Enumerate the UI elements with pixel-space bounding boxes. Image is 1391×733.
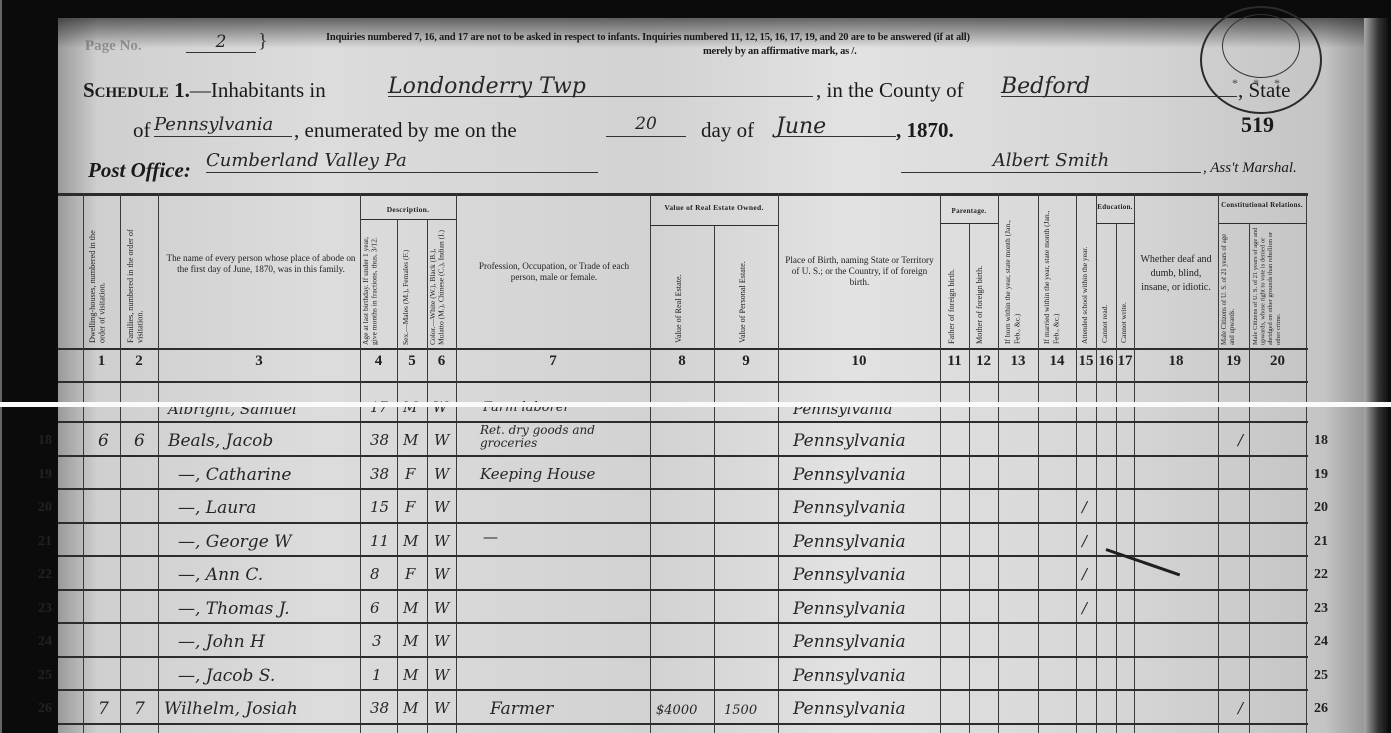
header-col7: Profession, Occupation, or Trade of each… (470, 261, 638, 283)
marshal-signature: Albert Smith (901, 150, 1201, 173)
row21-age: 11 (370, 532, 389, 550)
line-number-right: 25 (1314, 668, 1328, 684)
row-rule (58, 656, 1308, 658)
col-number: 16 (1096, 353, 1116, 370)
header-col5: Sex.—Males (M.), Females (F.) (401, 225, 425, 345)
header-col18: Whether deaf and dumb, blind, insane, or… (1138, 253, 1214, 295)
row19-sex: F (405, 465, 415, 483)
header-col6: Color.—White (W.), Black (B.), Mulatto (… (429, 225, 455, 345)
line-number-left: 18 (38, 433, 52, 449)
line-number-left: 19 (38, 467, 52, 483)
row19-occupation: Keeping House (480, 465, 595, 483)
row26-birthplace: Pennsylvania (793, 699, 906, 719)
row24-color: W (434, 632, 449, 650)
row25-birthplace: Pennsylvania (793, 666, 906, 686)
row20-sex: F (405, 498, 415, 516)
header-bottom-rule (58, 348, 1308, 350)
col-number: 12 (969, 353, 998, 370)
day-of-label: day of (701, 118, 754, 143)
row18-citizen-mark: / (1238, 431, 1243, 449)
township-field: Londonderry Twp (388, 74, 813, 97)
row-rule (58, 522, 1308, 524)
post-office-label: Post Office: (88, 158, 191, 183)
row22-school-mark: / (1082, 565, 1087, 583)
state-field: Pennsylvania (154, 114, 292, 137)
line-number-left: 20 (38, 500, 52, 516)
header-col14: If married within the year, state month … (1042, 209, 1072, 344)
line-number-right: 26 (1314, 701, 1328, 717)
col-divider (1218, 193, 1219, 733)
row25-name: —, Jacob S. (178, 666, 275, 686)
row19-color: W (434, 465, 449, 483)
marshal-label: , Ass't Marshal. (1203, 160, 1297, 177)
header-col10: Place of Birth, naming State or Territor… (782, 255, 937, 288)
row19-name: —, Catharine (178, 465, 291, 485)
header-col3: The name of every person whose place of … (166, 253, 356, 275)
col-number: 15 (1076, 353, 1096, 370)
row26-dwelling: 7 (98, 699, 109, 719)
number-row-rule (58, 381, 1308, 383)
row21-color: W (434, 532, 449, 550)
row21-birthplace: Pennsylvania (793, 532, 906, 552)
line-number-left: 25 (38, 668, 52, 684)
sheet-number: 519 (1241, 112, 1274, 138)
header-col8: Value of Real Estate. (674, 233, 694, 343)
header-col12: Mother of foreign birth. (975, 229, 991, 344)
header-col4: Age at last birthday. If under 1 year, g… (362, 225, 395, 345)
row21-school-mark: / (1082, 532, 1087, 550)
col-number: 3 (158, 353, 360, 370)
row26-real-estate: $4000 (656, 703, 697, 718)
row24-sex: M (403, 632, 418, 650)
year-label: , 1870. (896, 118, 954, 143)
col-divider (650, 193, 651, 733)
row23-age: 6 (370, 599, 380, 617)
header-col11: Father of foreign birth. (947, 229, 963, 344)
row26-color: W (434, 699, 449, 717)
row24-name: —, John H (178, 632, 265, 652)
header-col17: Cannot write. (1119, 273, 1133, 343)
row22-age: 8 (370, 565, 380, 583)
line-number-left: 26 (38, 701, 52, 717)
row26-occupation: Farmer (490, 699, 553, 719)
col-number: 19 (1218, 353, 1249, 370)
row23-birthplace: Pennsylvania (793, 599, 906, 619)
instructions-line1: Inquiries numbered 7, 16, and 17 are not… (326, 32, 970, 43)
row22-name: —, Ann C. (178, 565, 263, 585)
scan-left-margin (0, 0, 2, 733)
col-number: 13 (998, 353, 1038, 370)
header-parentage-group: Parentage. (940, 207, 998, 216)
header-education-group: Education. (1096, 203, 1134, 212)
row18-birthplace: Pennsylvania (793, 431, 906, 451)
row20-name: —, Laura (178, 498, 256, 518)
row23-sex: M (403, 599, 418, 617)
row23-school-mark: / (1082, 599, 1087, 617)
line-number-left: 23 (38, 601, 52, 617)
col-divider (778, 193, 779, 733)
census-table: Dwelling-houses, numbered in the order o… (58, 193, 1308, 733)
row23-name: —, Thomas J. (178, 599, 290, 619)
col-number: 1 (83, 353, 120, 370)
county-field: Bedford (1001, 74, 1237, 97)
constitutional-group-rule (1218, 223, 1306, 224)
row26-name: Wilhelm, Josiah (164, 699, 298, 719)
row-rule (58, 455, 1308, 457)
schedule-label: Schedule 1. (83, 78, 190, 102)
header-col9: Value of Personal Estate. (738, 233, 758, 343)
col-number: 20 (1249, 353, 1306, 370)
col-divider (1134, 193, 1135, 733)
row26-family: 7 (134, 699, 145, 719)
line-number-right: 18 (1314, 433, 1328, 449)
scan-right-edge (1364, 18, 1388, 733)
line-number-left: 24 (38, 634, 52, 650)
col-number: 14 (1038, 353, 1076, 370)
inhabitants-label: —Inhabitants in (190, 78, 326, 102)
row24-birthplace: Pennsylvania (793, 632, 906, 652)
row26-personal-estate: 1500 (724, 703, 757, 718)
row19-age: 38 (370, 465, 389, 483)
col-number: 10 (778, 353, 940, 370)
row20-color: W (434, 498, 449, 516)
description-group-rule (360, 219, 456, 220)
row22-color: W (434, 565, 449, 583)
col-number: 7 (456, 353, 650, 370)
row18-color: W (434, 431, 449, 449)
table-top-rule (58, 193, 1308, 196)
row-rule (58, 622, 1308, 624)
state-label: , State (1238, 78, 1291, 103)
row20-age: 15 (370, 498, 389, 516)
col-divider (83, 193, 84, 733)
census-page: Page No. 2 } Inquiries numbered 7, 16, a… (58, 18, 1378, 733)
header-real-estate-group: Value of Real Estate Owned. (652, 203, 776, 212)
line-number-right: 20 (1314, 500, 1328, 516)
county-label: , in the County of (816, 78, 964, 103)
row26-sex: M (403, 699, 418, 717)
row-rule (58, 589, 1308, 591)
col-divider (1038, 193, 1039, 733)
col-divider (456, 193, 457, 733)
line-number-right: 21 (1314, 534, 1328, 550)
row19-birthplace: Pennsylvania (793, 465, 906, 485)
stamp-inner-ring (1222, 14, 1300, 78)
col-number: 5 (397, 353, 427, 370)
col-number: 11 (940, 353, 969, 370)
col-divider (1096, 193, 1097, 733)
row22-birthplace: Pennsylvania (793, 565, 906, 585)
page-label: Page No. (85, 38, 142, 55)
row25-color: W (434, 666, 449, 684)
month-field: June (776, 114, 896, 137)
header-col1: Dwelling-houses, numbered in the order o… (88, 213, 116, 343)
line-number-right: 24 (1314, 634, 1328, 650)
instructions-line2: merely by an affirmative mark, as /. (703, 46, 857, 57)
row23-color: W (434, 599, 449, 617)
header-col20: Male Citizens of U. S. of 21 years of ag… (1252, 227, 1304, 345)
col-number: 6 (427, 353, 456, 370)
header-col19: Male Citizens of U. S. of 21 years of ag… (1221, 227, 1247, 345)
col-divider (158, 193, 159, 733)
row26-citizen-mark: / (1238, 699, 1243, 717)
col-divider (998, 193, 999, 733)
row18-occupation: Ret. dry goods and groceries (480, 424, 640, 450)
col-number: 4 (360, 353, 397, 370)
row-rule (58, 488, 1308, 490)
col-number: 2 (120, 353, 158, 370)
row24-age: 3 (372, 632, 382, 650)
header-col13: If born within the year, state month (Ja… (1003, 209, 1033, 344)
header-col2: Families, numbered in the order of visit… (126, 213, 154, 343)
row18-dwelling: 6 (98, 431, 109, 451)
row25-age: 1 (372, 666, 382, 684)
col-divider (1306, 193, 1307, 733)
post-office-field: Cumberland Valley Pa (206, 150, 598, 173)
header-constitutional-group: Constitutional Relations. (1218, 201, 1306, 210)
row-rule (58, 723, 1308, 725)
row22-sex: F (405, 565, 415, 583)
of-label: of (133, 118, 151, 143)
row26-age: 38 (370, 699, 389, 717)
row18-age: 38 (370, 431, 389, 449)
row20-birthplace: Pennsylvania (793, 498, 906, 518)
schedule-heading: Schedule 1.—Inhabitants in (83, 78, 326, 103)
header-description-group: Description. (360, 205, 456, 214)
row18-name: Beals, Jacob (168, 431, 273, 451)
row18-family: 6 (134, 431, 145, 451)
row21-occupation: — (483, 528, 498, 546)
row-rule (58, 689, 1308, 691)
col-divider (940, 193, 941, 733)
row18-sex: M (403, 431, 418, 449)
col-divider (1076, 193, 1077, 733)
page-number: 2 (186, 32, 256, 53)
col-number: 8 (650, 353, 714, 370)
row20-school-mark: / (1082, 498, 1087, 516)
day-field: 20 (606, 114, 686, 137)
scan-seam (0, 402, 1391, 407)
line-number-right: 19 (1314, 467, 1328, 483)
line-number-right: 23 (1314, 601, 1328, 617)
row21-name: —, George W (178, 532, 292, 552)
enumerated-label: , enumerated by me on the (294, 118, 517, 143)
brace: } (258, 30, 268, 53)
line-number-right: 22 (1314, 567, 1328, 583)
line-number-left: 22 (38, 567, 52, 583)
col-number: 17 (1116, 353, 1134, 370)
row-rule (58, 421, 1308, 423)
col-number: 9 (714, 353, 778, 370)
line-number-left: 21 (38, 534, 52, 550)
row21-sex: M (403, 532, 418, 550)
col-number: 18 (1134, 353, 1218, 370)
education-group-rule (1096, 223, 1134, 224)
col-divider (120, 193, 121, 733)
header-col15: Attended school within the year. (1080, 209, 1094, 344)
row25-sex: M (403, 666, 418, 684)
header-col16: Cannot read. (1100, 273, 1114, 343)
